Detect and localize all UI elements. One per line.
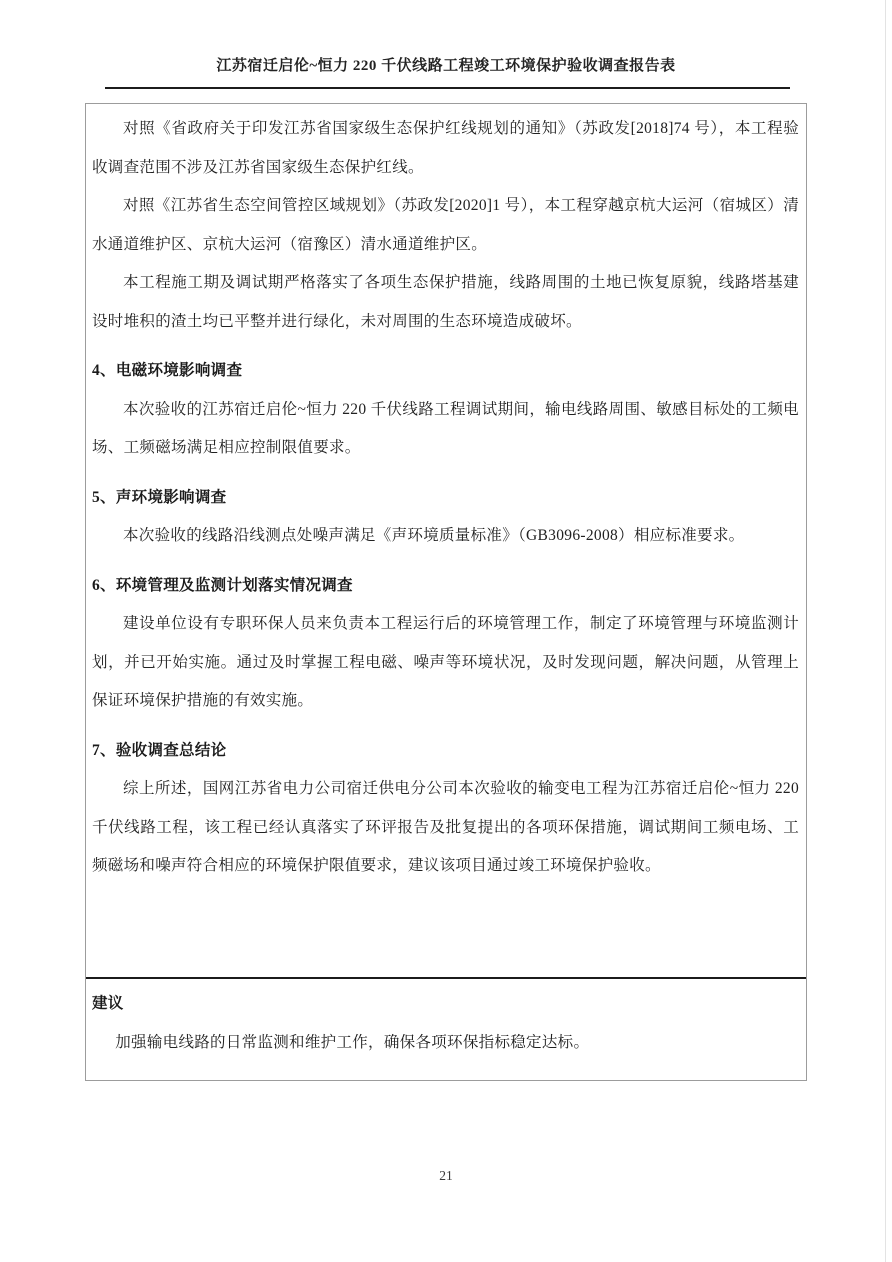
section-7-heading: 7、验收调查总结论 xyxy=(92,732,799,771)
paragraph-ecological-redline: 对照《省政府关于印发江苏省国家级生态保护红线规划的通知》（苏政发[2018]74… xyxy=(92,110,799,187)
paragraph-ecological-space-control: 对照《江苏省生态空间管控区域规划》（苏政发[2020]1 号），本工程穿越京杭大… xyxy=(92,187,799,264)
paragraph-construction-measures: 本工程施工期及调试期严格落实了各项生态保护措施，线路周围的土地已恢复原貌，线路塔… xyxy=(92,264,799,341)
suggestion-cell: 建议 加强输电线路的日常监测和维护工作，确保各项环保指标稳定达标。 xyxy=(86,977,806,1080)
suggestion-heading: 建议 xyxy=(92,985,799,1024)
page-number: 21 xyxy=(0,1168,892,1184)
page-scan-edge xyxy=(885,0,886,1262)
section-7-paragraph: 综上所述，国网江苏省电力公司宿迁供电分公司本次验收的输变电工程为江苏宿迁启伦~恒… xyxy=(92,770,799,886)
header-rule xyxy=(105,87,790,89)
section-4-heading: 4、电磁环境影响调查 xyxy=(92,352,799,391)
report-table: 对照《省政府关于印发江苏省国家级生态保护红线规划的通知》（苏政发[2018]74… xyxy=(85,103,807,1081)
section-6-paragraph: 建设单位设有专职环保人员来负责本工程运行后的环境管理工作，制定了环境管理与环境监… xyxy=(92,605,799,721)
section-5-paragraph: 本次验收的线路沿线测点处噪声满足《声环境质量标准》（GB3096-2008）相应… xyxy=(92,517,799,556)
section-6-heading: 6、环境管理及监测计划落实情况调查 xyxy=(92,567,799,606)
suggestion-paragraph: 加强输电线路的日常监测和维护工作，确保各项环保指标稳定达标。 xyxy=(92,1024,799,1063)
section-4-paragraph: 本次验收的江苏宿迁启伦~恒力 220 千伏线路工程调试期间，输电线路周围、敏感目… xyxy=(92,391,799,468)
document-header-title: 江苏宿迁启伦~恒力 220 千伏线路工程竣工环境保护验收调查报告表 xyxy=(0,54,892,75)
conclusion-cell: 对照《省政府关于印发江苏省国家级生态保护红线规划的通知》（苏政发[2018]74… xyxy=(86,104,806,977)
section-5-heading: 5、声环境影响调查 xyxy=(92,479,799,518)
